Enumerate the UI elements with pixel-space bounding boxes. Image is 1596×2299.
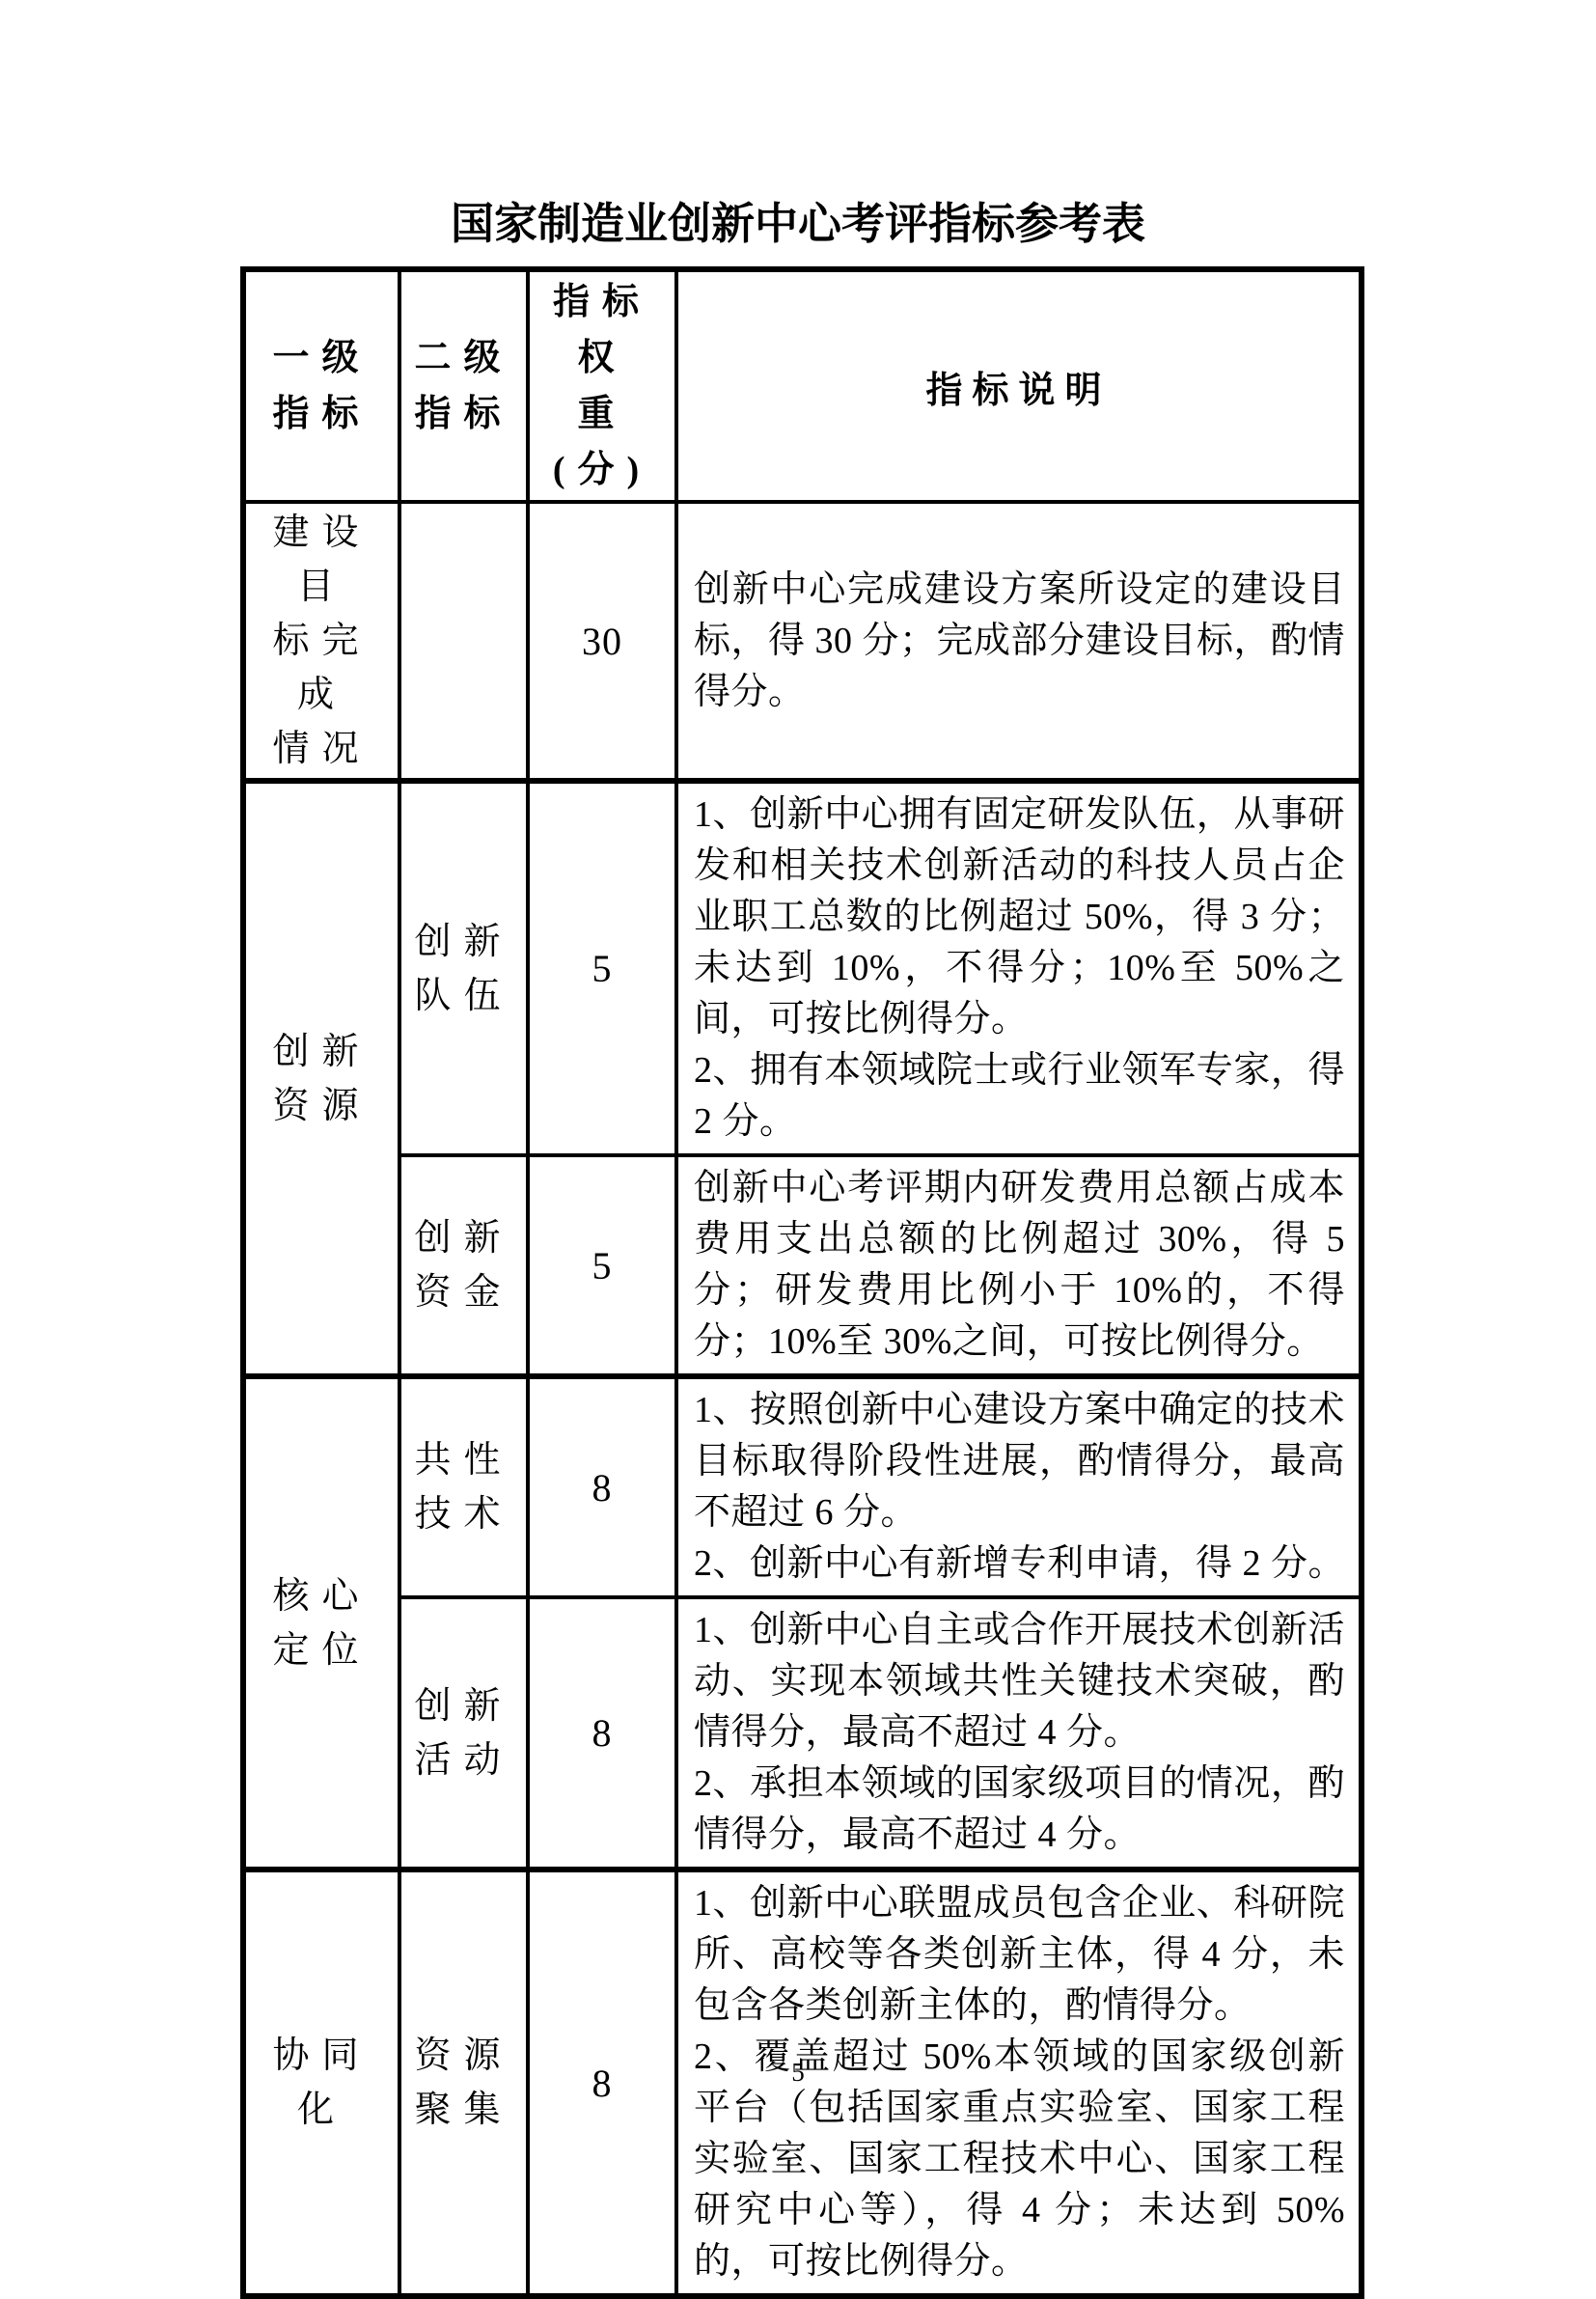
weight-cell: 8 (528, 1597, 676, 1870)
table-row: 创新 资源 创新 队伍 5 1、创新中心拥有固定研发队伍，从事研发和相关技术创新… (243, 781, 1362, 1155)
level1-cell: 核心 定位 (243, 1376, 399, 1870)
level2-cell (399, 502, 528, 781)
description-cell: 创新中心完成建设方案所设定的建设目标，得 30 分；完成部分建设目标，酌情得分。 (676, 502, 1362, 781)
level1-cell: 创新 资源 (243, 781, 399, 1376)
level2-cell: 创新 资金 (399, 1155, 528, 1376)
level2-cell: 共性 技术 (399, 1376, 528, 1597)
header-level2: 二级 指标 (399, 269, 528, 502)
indicator-table: 一级 指标 二级 指标 指标权 重(分) 指标说明 建设目 标完成 情况 30 … (240, 266, 1364, 2299)
description-cell: 1、创新中心自主或合作开展技术创新活动、实现本领域共性关键技术突破，酌情得分，最… (676, 1597, 1362, 1870)
page-title: 国家制造业创新中心考评指标参考表 (0, 199, 1596, 249)
description-cell: 1、按照创新中心建设方案中确定的技术目标取得阶段性进展，酌情得分，最高不超过 6… (676, 1376, 1362, 1597)
header-description: 指标说明 (676, 269, 1362, 502)
header-row: 一级 指标 二级 指标 指标权 重(分) 指标说明 (243, 269, 1362, 502)
header-weight: 指标权 重(分) (528, 269, 676, 502)
level2-cell: 创新 队伍 (399, 781, 528, 1155)
weight-cell: 8 (528, 1376, 676, 1597)
description-cell: 创新中心考评期内研发费用总额占成本费用支出总额的比例超过 30%，得 5 分；研… (676, 1155, 1362, 1376)
weight-cell: 5 (528, 781, 676, 1155)
description-cell: 1、创新中心拥有固定研发队伍，从事研发和相关技术创新活动的科技人员占企业职工总数… (676, 781, 1362, 1155)
table-row: 创新 资金 5 创新中心考评期内研发费用总额占成本费用支出总额的比例超过 30%… (243, 1155, 1362, 1376)
table-row: 创新 活动 8 1、创新中心自主或合作开展技术创新活动、实现本领域共性关键技术突… (243, 1597, 1362, 1870)
weight-cell: 5 (528, 1155, 676, 1376)
level2-cell: 创新 活动 (399, 1597, 528, 1870)
table-row: 建设目 标完成 情况 30 创新中心完成建设方案所设定的建设目标，得 30 分；… (243, 502, 1362, 781)
page-number: 5 (0, 2058, 1596, 2088)
level1-cell: 建设目 标完成 情况 (243, 502, 399, 781)
weight-cell: 30 (528, 502, 676, 781)
header-level1: 一级 指标 (243, 269, 399, 502)
table-row: 核心 定位 共性 技术 8 1、按照创新中心建设方案中确定的技术目标取得阶段性进… (243, 1376, 1362, 1597)
